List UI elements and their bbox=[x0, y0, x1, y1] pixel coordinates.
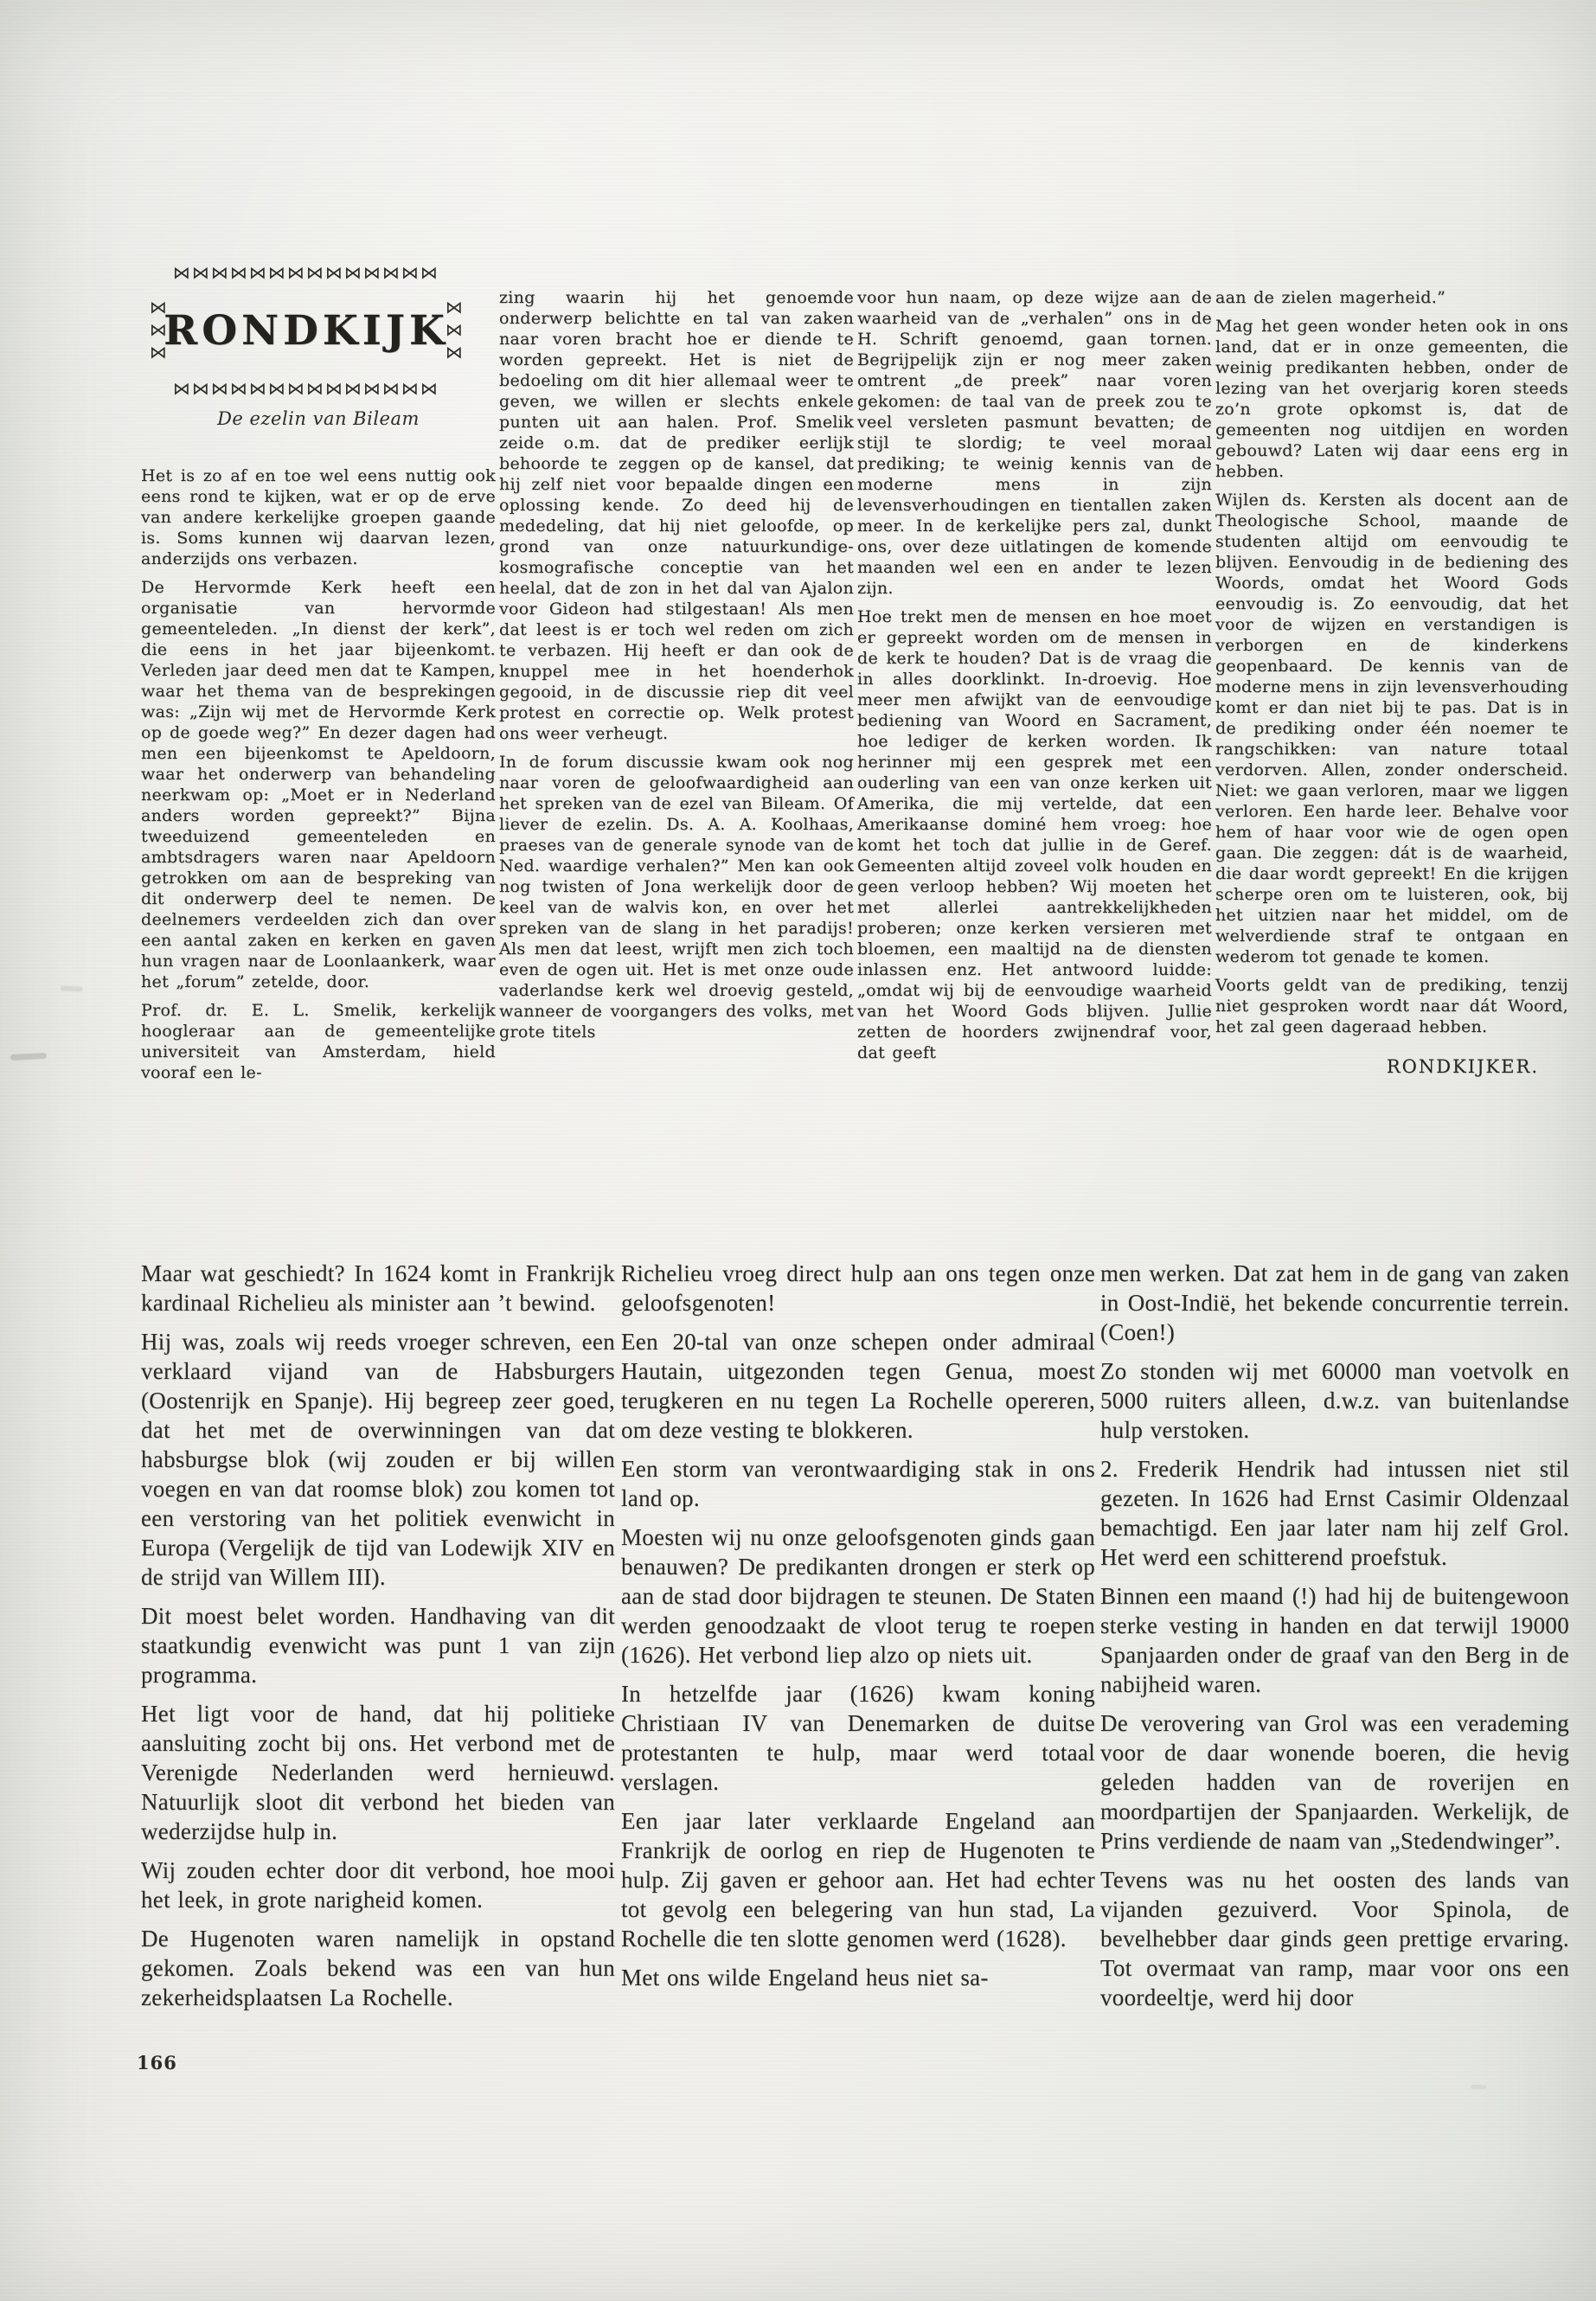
article-paragraph: Een storm van verontwaardiging stak in o… bbox=[621, 1454, 1095, 1513]
article-paragraph: Mag het geen wonder heten ook in ons lan… bbox=[1215, 316, 1568, 482]
author-signature: RONDKIJKER. bbox=[1215, 1056, 1568, 1077]
article-paragraph: Wijlen ds. Kersten als docent aan de The… bbox=[1215, 490, 1568, 967]
ornament-border-right-icon: ⋈⋈⋈ bbox=[447, 297, 461, 364]
top-column-2: zing waarin hij het genoemde onderwerp b… bbox=[499, 287, 854, 1050]
scanned-page: ⋈⋈⋈⋈⋈⋈⋈⋈⋈⋈⋈⋈⋈⋈ ⋈⋈⋈ RONDKIJK ⋈⋈⋈ ⋈⋈⋈⋈⋈⋈⋈⋈… bbox=[0, 0, 1596, 2301]
ornament-border-bottom-icon: ⋈⋈⋈⋈⋈⋈⋈⋈⋈⋈⋈⋈⋈⋈ bbox=[154, 381, 458, 396]
article-paragraph: Hij was, zoals wij reeds vroeger schreve… bbox=[141, 1327, 615, 1592]
article-paragraph: Een 20-tal van onze schepen onder admira… bbox=[621, 1327, 1095, 1445]
top-column-4: aan de zielen magerheid.” Mag het geen w… bbox=[1215, 287, 1568, 1077]
article-paragraph: aan de zielen magerheid.” bbox=[1215, 287, 1568, 308]
top-column-3: voor hun naam, op deze wijze aan de waar… bbox=[857, 287, 1212, 1071]
article-paragraph: Tevens was nu het oosten des lands van v… bbox=[1100, 1865, 1569, 2012]
scan-smudge bbox=[10, 1053, 47, 1061]
bottom-column-1: Maar wat geschiedt? In 1624 komt in Fran… bbox=[141, 1259, 615, 2022]
article-paragraph: De verovering van Grol was een verademin… bbox=[1100, 1708, 1569, 1856]
article-paragraph: Zo stonden wij met 60000 man voetvolk en… bbox=[1100, 1356, 1569, 1445]
article-paragraph: Wij zouden echter door dit verbond, hoe … bbox=[141, 1856, 615, 1914]
article-paragraph: Met ons wilde Engeland heus niet sa- bbox=[621, 1963, 1095, 1992]
article-paragraph: Het is zo af en toe wel eens nuttig ook … bbox=[141, 465, 496, 569]
article-paragraph: zing waarin hij het genoemde onderwerp b… bbox=[499, 287, 854, 744]
article-paragraph: Prof. dr. E. L. Smelik, kerkelijk hoogle… bbox=[141, 1000, 496, 1083]
article-paragraph: Voorts geldt van de prediking, tenzij ni… bbox=[1215, 975, 1568, 1037]
article-paragraph: Binnen een maand (!) had hij de buitenge… bbox=[1100, 1581, 1569, 1699]
article-paragraph: Moesten wij nu onze geloofsgenoten ginds… bbox=[621, 1522, 1095, 1670]
article-paragraph: Dit moest belet worden. Handhaving van d… bbox=[141, 1601, 615, 1689]
page-title: RONDKIJK bbox=[163, 307, 449, 355]
rondkijk-header-box: ⋈⋈⋈⋈⋈⋈⋈⋈⋈⋈⋈⋈⋈⋈ ⋈⋈⋈ RONDKIJK ⋈⋈⋈ ⋈⋈⋈⋈⋈⋈⋈⋈… bbox=[154, 265, 458, 396]
article-paragraph: men werken. Dat zat hem in de gang van z… bbox=[1100, 1259, 1569, 1347]
bottom-column-2: Richelieu vroeg direct hulp aan ons tege… bbox=[621, 1259, 1095, 2002]
article-paragraph: Hoe trekt men de mensen en hoe moet er g… bbox=[857, 606, 1212, 1063]
rondkijk-title-row: ⋈⋈⋈ RONDKIJK ⋈⋈⋈ bbox=[154, 280, 458, 381]
ornament-border-left-icon: ⋈⋈⋈ bbox=[151, 297, 165, 364]
top-column-1: Het is zo af en toe wel eens nuttig ook … bbox=[141, 465, 496, 1091]
article-paragraph: 2. Frederik Hendrik had intussen niet st… bbox=[1100, 1454, 1569, 1572]
ornament-border-top-icon: ⋈⋈⋈⋈⋈⋈⋈⋈⋈⋈⋈⋈⋈⋈ bbox=[154, 265, 458, 280]
article-paragraph: In de forum discussie kwam ook nog naar … bbox=[499, 752, 854, 1042]
page-number: 166 bbox=[137, 2052, 177, 2073]
article-paragraph: voor hun naam, op deze wijze aan de waar… bbox=[857, 287, 1212, 599]
scan-smudge bbox=[1471, 2085, 1486, 2089]
article-paragraph: In hetzelfde jaar (1626) kwam koning Chr… bbox=[621, 1679, 1095, 1797]
article-paragraph: De Hervormde Kerk heeft een organisatie … bbox=[141, 577, 496, 992]
article-paragraph: Maar wat geschiedt? In 1624 komt in Fran… bbox=[141, 1259, 615, 1317]
scan-smudge bbox=[61, 986, 83, 992]
article-paragraph: Richelieu vroeg direct hulp aan ons tege… bbox=[621, 1259, 1095, 1317]
bottom-column-3: men werken. Dat zat hem in de gang van z… bbox=[1100, 1259, 1569, 2022]
article-paragraph: Het ligt voor de hand, dat hij politieke… bbox=[141, 1699, 615, 1846]
article-paragraph: De Hugenoten waren namelijk in opstand g… bbox=[141, 1924, 615, 2012]
article-paragraph: Een jaar later verklaarde Engeland aan F… bbox=[621, 1806, 1095, 1953]
article-subtitle: De ezelin van Bileam bbox=[141, 408, 496, 429]
